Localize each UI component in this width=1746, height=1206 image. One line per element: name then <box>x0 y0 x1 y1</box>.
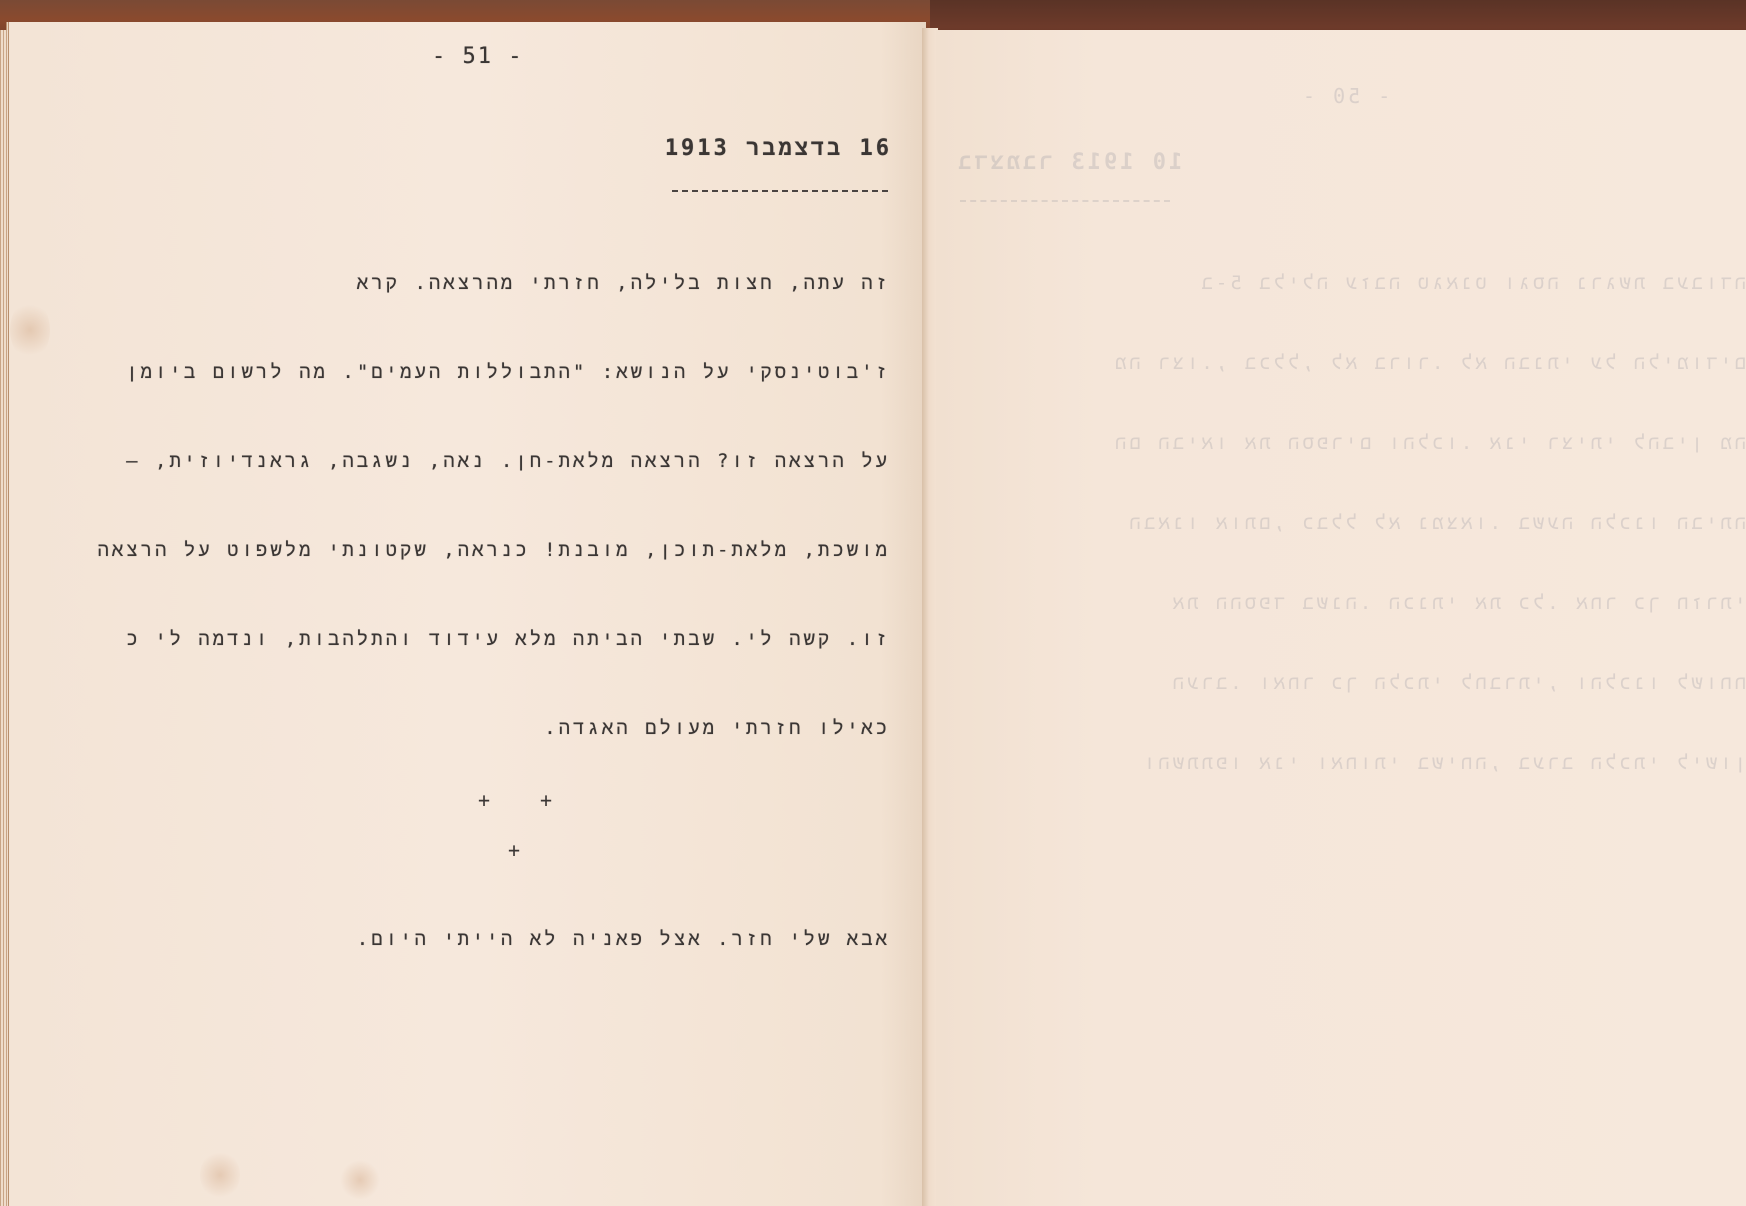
ghost-page-number: - 50 - <box>1300 84 1390 108</box>
paragraph-line: מושכת, מלאת-תוכן, מובנת! כנראה, שקטונתי … <box>40 535 890 624</box>
paper-stain <box>340 1160 380 1200</box>
section-separator-mark: + <box>508 838 520 862</box>
ghost-line: ב-5 בלילה עזבה טגאנט וגסה נרגשת בעבודה <box>946 272 1746 295</box>
left-page-stacked-edges <box>0 30 8 1206</box>
right-page <box>936 30 1746 1206</box>
paragraph-line: ז'בוטינסקי על הנושא: "התבוללות העמים". מ… <box>40 357 890 446</box>
ghost-line: והשתתפו אני ואחותי בשיחה, בערב הלכתי ליש… <box>946 752 1746 775</box>
ghost-line: הם הביאו את הספרים והלכו. אני רציתי להבי… <box>946 432 1746 455</box>
paragraph-line: על הרצאה זו? הרצאה מלאת-חן. נאה, נשגבה, … <box>40 446 890 535</box>
ghost-line: את ההספד בשנה. הכנתי את כל. אחר כך חזרתי <box>946 592 1746 615</box>
closing-paragraph: אבא שלי חזר. אצל פאניה לא הייתי היום. <box>40 928 890 951</box>
page-number: - 51 - <box>432 44 523 69</box>
ghost-date-heading: 10 בדצמבר 1913 <box>955 150 1182 176</box>
paragraph-line: זו. קשה לי. שבתי הביתה מלא עידוד והתלהבו… <box>40 624 890 713</box>
section-separator-mark: + <box>540 788 552 812</box>
date-heading: 16 בדצמבר 1913 <box>665 136 892 161</box>
paper-stain <box>200 1150 240 1200</box>
paragraph-line: זה עתה, חצות בלילה, חזרתי מהרצאה. קרא <box>40 268 890 357</box>
closing-line: אבא שלי חזר. אצל פאניה לא הייתי היום. <box>357 928 890 950</box>
ghost-date-underline <box>960 200 1170 202</box>
section-separator-mark: + <box>478 788 490 812</box>
date-heading-wrap: 16 בדצמבר 1913 <box>672 136 892 162</box>
paragraph-line: כאילו חזרתי מעולם האגדה. <box>40 713 890 802</box>
ghost-line: הערב. ואחר כך הלכתי לחברתי, והלכנו לשוחח <box>946 672 1746 695</box>
date-underline <box>672 190 888 192</box>
ghost-line: מה רצו., בכלל, לא ברור. לא הבנתי על הלימ… <box>946 352 1746 375</box>
ghost-line: הבאנו אותם, כבלל לא נמצאו. בשעה הלכנו הב… <box>946 512 1746 535</box>
diary-paragraph: זה עתה, חצות בלילה, חזרתי מהרצאה. קרא ז'… <box>40 268 890 802</box>
